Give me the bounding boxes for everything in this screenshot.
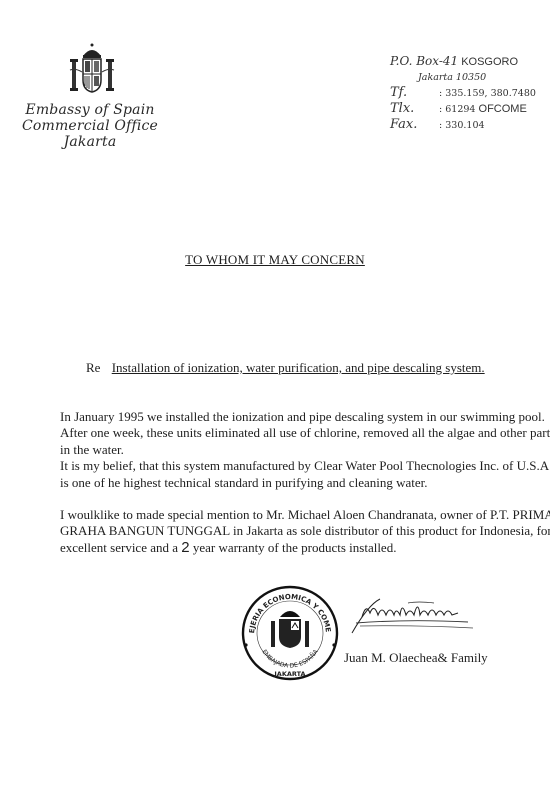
subject-line: Re Installation of ionization, water pur… xyxy=(86,360,485,376)
contact-block: P.O. Box-41 KOSGORO Jakarta 10350 Tf. : … xyxy=(390,54,536,133)
body-text: excellent service and a xyxy=(60,540,181,555)
seal-bottom-text: EMBAJADA DE ESPAÑA xyxy=(260,648,320,670)
po-box-row: P.O. Box-41 KOSGORO xyxy=(390,54,536,70)
telex-row: Tlx. : 61294 OFCOME xyxy=(390,101,536,117)
letterhead-line-embassy: Embassy of Spain xyxy=(20,102,160,118)
signer-name: Juan M. Olaechea& Family xyxy=(344,650,488,666)
body-line: GRAHA BANGUN TUNGGAL in Jakarta as sole … xyxy=(60,523,540,539)
letterhead-line-city: Jakarta xyxy=(20,134,160,150)
subject-text: Installation of ionization, water purifi… xyxy=(112,360,485,375)
fax-label: Fax. xyxy=(390,117,436,132)
warranty-years: 2 xyxy=(181,539,189,556)
spanish-coat-of-arms-icon xyxy=(68,42,116,98)
body-text: year warranty of the products installed. xyxy=(190,540,397,555)
telex-code: OFCOME xyxy=(479,103,527,115)
body-line: in the water. xyxy=(60,442,540,458)
letterhead-sender: Embassy of Spain Commercial Office Jakar… xyxy=(20,102,160,150)
body-line: After one week, these units eliminated a… xyxy=(60,425,540,441)
seal-city: JAKARTA xyxy=(273,670,305,678)
phone-value: : 335.159, 380.7480 xyxy=(439,88,536,99)
body-paragraph-1: In January 1995 we installed the ionizat… xyxy=(60,409,540,491)
subject-label: Re xyxy=(86,360,100,375)
po-box: P.O. Box-41 xyxy=(390,54,458,68)
handwritten-signature-icon xyxy=(348,595,488,635)
telex-label: Tlx. xyxy=(390,101,436,116)
letter-heading: TO WHOM IT MAY CONCERN xyxy=(0,252,550,268)
po-box-place: KOSGORO xyxy=(461,56,518,68)
contact-city: Jakarta 10350 xyxy=(390,70,536,85)
body-paragraph-2: I woulklike to made special mention to M… xyxy=(60,507,540,556)
body-line: In January 1995 we installed the ionizat… xyxy=(60,409,540,425)
telex-value: : 61294 xyxy=(439,104,475,115)
fax-row: Fax. : 330.104 xyxy=(390,117,536,133)
letterhead-line-office: Commercial Office xyxy=(20,118,160,134)
body-line: I woulklike to made special mention to M… xyxy=(60,507,540,523)
body-line: excellent service and a 2 year warranty … xyxy=(60,540,540,556)
body-line: is one of he highest technical standard … xyxy=(60,475,540,491)
phone-row: Tf. : 335.159, 380.7480 xyxy=(390,85,536,101)
embassy-seal-icon: CONSEJERIA ECONOMICA Y COMERCIAL EMBAJAD… xyxy=(240,583,340,683)
body-line: It is my belief, that this system manufa… xyxy=(60,458,540,474)
fax-value: : 330.104 xyxy=(439,120,485,131)
phone-label: Tf. xyxy=(390,85,436,100)
svg-text:EMBAJADA DE ESPAÑA: EMBAJADA DE ESPAÑA xyxy=(260,648,320,670)
